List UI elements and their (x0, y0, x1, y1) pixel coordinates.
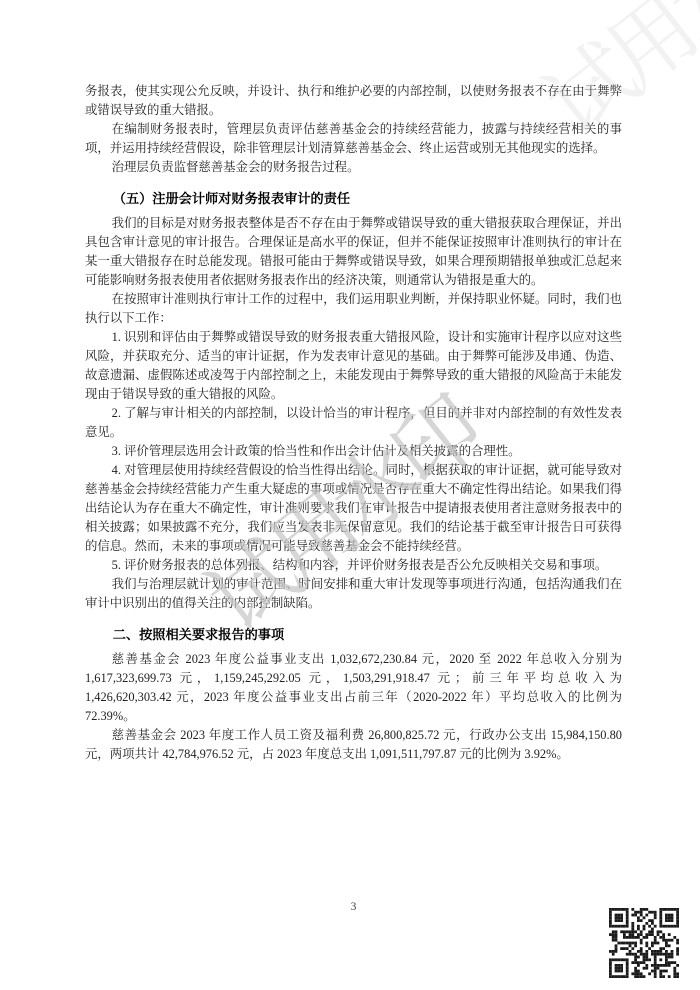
paragraph-public-welfare-expenditure: 慈善基金会 2023 年度公益事业支出 1,032,672,230.84 元，2… (85, 650, 622, 726)
paragraph: 我们的目标是对财务报表整体是否不存在由于舞弊或错误导致的重大错报获取合理保证，并… (85, 214, 622, 290)
section-heading-required-matters: 二、按照相关要求报告的事项 (85, 627, 622, 642)
document-body: 务报表，使其实现公允反映，并设计、执行和维护必要的内部控制，以使财务报表不存在由… (85, 82, 622, 764)
document-page: 务报表，使其实现公允反映，并设计、执行和维护必要的内部控制，以使财务报表不存在由… (0, 0, 700, 990)
list-item-5: 5. 评价财务报表的总体列报、结构和内容，并评价财务报表是否公允反映相关交易和事… (85, 556, 622, 575)
paragraph-salary-admin-expenditure: 慈善基金会 2023 年度工作人员工资及福利费 26,800,825.72 元，… (85, 726, 622, 764)
paragraph: 治理层负责监督慈善基金会的财务报告过程。 (85, 158, 622, 177)
section-heading-auditor-responsibility: （五）注册会计师对财务报表审计的责任 (85, 191, 622, 206)
list-item-3: 3. 评价管理层选用会计政策的恰当性和作出会计估计及相关披露的合理性。 (85, 442, 622, 461)
qr-code (608, 908, 680, 978)
paragraph-continuation: 务报表，使其实现公允反映，并设计、执行和维护必要的内部控制，以使财务报表不存在由… (85, 82, 622, 120)
list-item-1: 1. 识别和评估由于舞弊或错误导致的财务报表重大错报风险，设计和实施审计程序以应… (85, 328, 622, 404)
paragraph: 我们与治理层就计划的审计范围、时间安排和重大审计发现等事项进行沟通，包括沟通我们… (85, 575, 622, 613)
list-item-4: 4. 对管理层使用持续经营假设的恰当性得出结论。同时，根据获取的审计证据，就可能… (85, 461, 622, 556)
paragraph: 在编制财务报表时，管理层负责评估慈善基金会的持续经营能力，披露与持续经营相关的事… (85, 120, 622, 158)
page-number: 3 (85, 901, 622, 913)
list-item-2: 2. 了解与审计相关的内部控制，以设计恰当的审计程序，但目的并非对内部控制的有效… (85, 404, 622, 442)
paragraph: 在按照审计准则执行审计工作的过程中，我们运用职业判断，并保持职业怀疑。同时，我们… (85, 290, 622, 328)
